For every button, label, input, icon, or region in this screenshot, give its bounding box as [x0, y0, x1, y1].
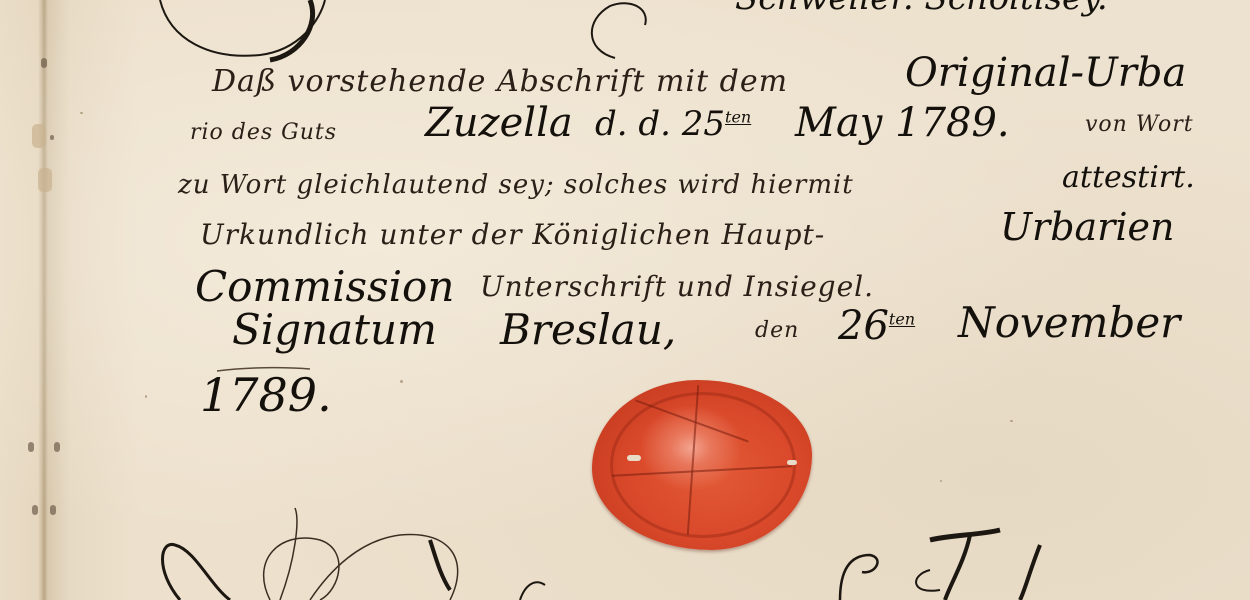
- binding-hole: [54, 442, 60, 452]
- underline-stroke: [215, 365, 315, 375]
- text-month-original: May 1789.: [795, 100, 1010, 146]
- paper-fleck: [940, 480, 942, 482]
- top-fragment-line: Schweller. Scholtisey.: [735, 0, 1108, 18]
- text-line-3-kurrent: zu Wort gleichlautend sey; solches wird …: [178, 170, 854, 200]
- text-word-city: Breslau,: [500, 305, 676, 354]
- text-line-5-kurrent: Unterschrift und Insiegel.: [480, 270, 874, 303]
- text-line-2-kurrent-a: rio des Guts: [190, 120, 337, 145]
- text-line-4-kurrent: Urkundlich unter der Königlichen Haupt-: [200, 218, 825, 251]
- text-word-commission: Commission: [195, 262, 454, 311]
- date-day: d. d. 25: [595, 104, 725, 144]
- text-word-den: den: [755, 318, 799, 343]
- paper-fleck: [145, 395, 147, 398]
- seal-string-hole: [787, 460, 797, 465]
- text-word-attestirt: attestirt.: [1062, 160, 1195, 195]
- text-word-signatum: Signatum: [232, 305, 437, 354]
- binding-hole: [50, 135, 54, 140]
- text-word-urbarien: Urbarien: [1000, 205, 1174, 249]
- date-suffix: ten: [725, 108, 751, 127]
- text-line-1-kurrent: Daß vorstehende Abschrift mit dem: [212, 64, 788, 99]
- text-word-month-signed: November: [958, 298, 1180, 347]
- paper-tear: [38, 168, 52, 192]
- text-word-place: Zuzella: [425, 100, 573, 146]
- binding-hole: [32, 505, 38, 515]
- paper-fleck: [80, 112, 83, 114]
- seal-string-hole: [627, 455, 641, 461]
- date-signed-day: 26: [838, 303, 889, 349]
- text-date-original: d. d. 25ten: [595, 104, 751, 144]
- binding-hole: [41, 58, 47, 68]
- capital-flourish: [150, 0, 350, 70]
- manuscript-page: Schweller. Scholtisey. Daß vorstehende A…: [0, 0, 1250, 600]
- binding-hole: [28, 442, 34, 452]
- text-word-original-urba: Original-Urba: [905, 50, 1186, 96]
- text-date-signed: 26ten: [838, 303, 915, 349]
- text-line-2-kurrent-b: von Wort: [1085, 112, 1194, 137]
- paper-fleck: [1010, 420, 1013, 422]
- paper-fleck: [400, 380, 403, 383]
- date-signed-suffix: ten: [889, 310, 915, 329]
- text-word-year: 1789.: [200, 368, 332, 422]
- paper-tear: [32, 124, 46, 148]
- flourish-ascender: [555, 0, 665, 60]
- signature-flourishes: [150, 500, 1100, 600]
- binding-hole: [50, 505, 56, 515]
